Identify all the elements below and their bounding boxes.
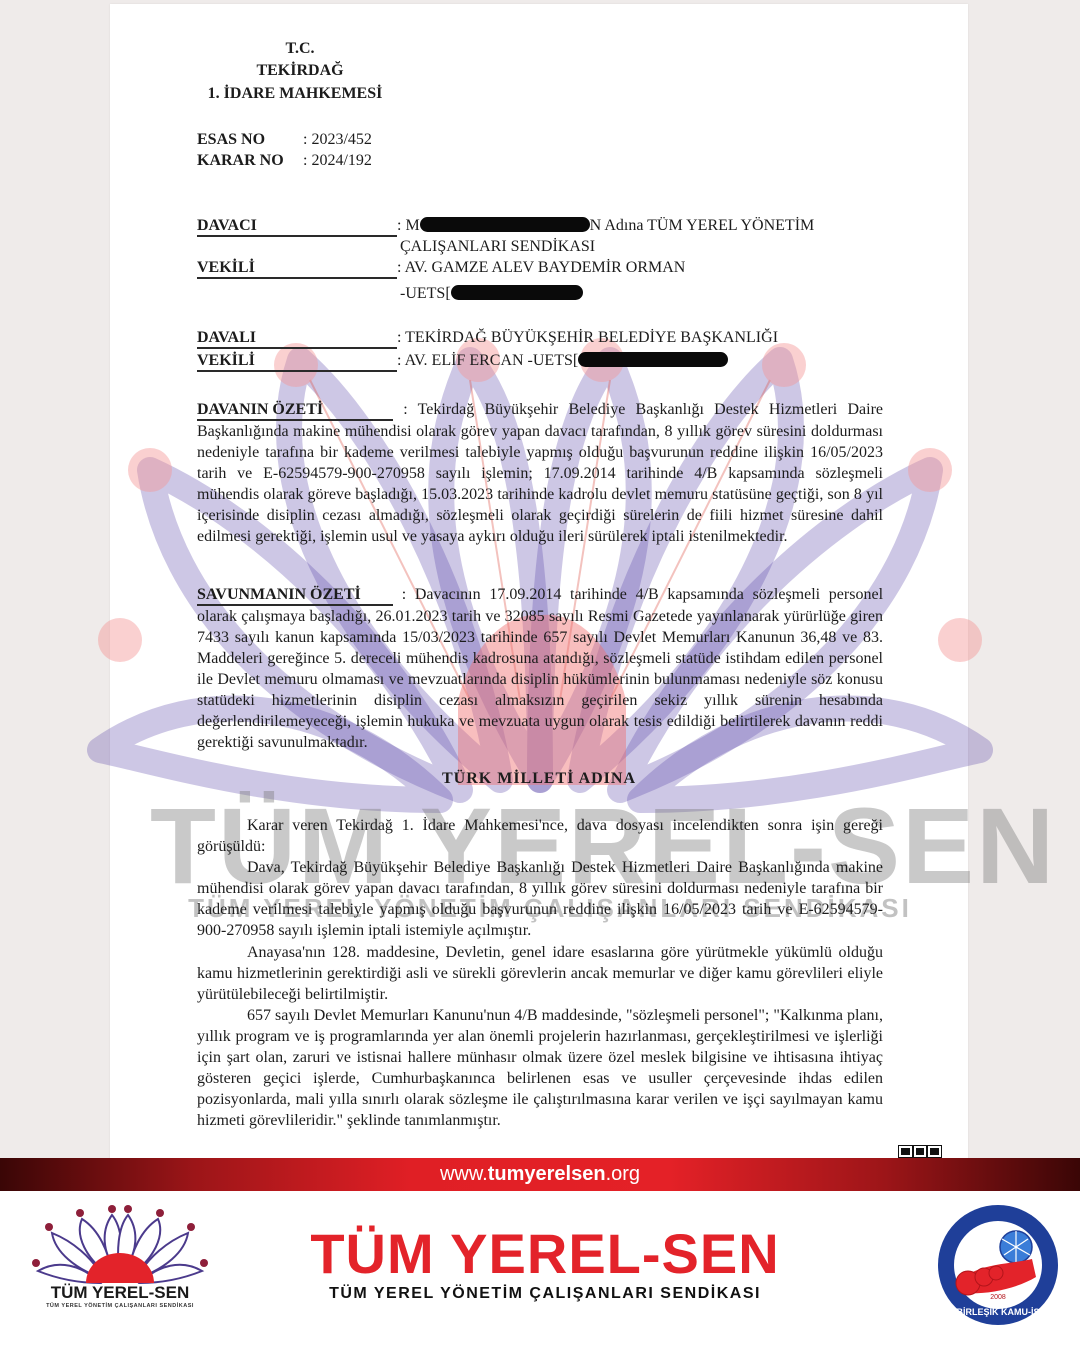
url-domain: tumyerelsen (488, 1163, 606, 1185)
qr-code-icon (899, 1146, 941, 1157)
emblem-name: BİRLEŞİK KAMU-İŞ (957, 1307, 1040, 1317)
website-banner[interactable]: www.tumyerelsen.org (0, 1158, 1080, 1191)
redacted-name (420, 217, 590, 232)
savunmanin-ozeti-text: : Davacının 17.09.2014 tarihinde 4/B kap… (197, 586, 883, 751)
header-city: TEKİRDAĞ (200, 62, 400, 80)
davali-vekili-label: VEKİLİ (197, 352, 397, 372)
davaci-vekili-row: VEKİLİ: AV. GAMZE ALEV BAYDEMİR ORMAN (197, 259, 685, 279)
savunmanin-ozeti-paragraph: SAVUNMANIN ÖZETİ : Davacının 17.09.2014 … (197, 584, 883, 753)
brand-title: TÜM YEREL-SEN (290, 1225, 800, 1283)
esas-no-label: ESAS NO (197, 131, 303, 149)
redacted-uets (451, 285, 583, 300)
header-tc: T.C. (200, 40, 400, 58)
esas-no-value: : 2023/452 (303, 131, 372, 148)
davaci-line2: ÇALIŞANLARI SENDİKASI (400, 238, 595, 256)
section-title: TÜRK MİLLETİ ADINA (110, 770, 968, 788)
emblem-year: 2008 (990, 1294, 1006, 1301)
davali-name: : TEKİRDAĞ BÜYÜKŞEHİR BELEDİYE BAŞKANLIĞ… (397, 329, 778, 346)
website-link[interactable]: www.tumyerelsen.org (0, 1163, 1080, 1186)
footer: TÜM YEREL-SEN TÜM YEREL YÖNETİM ÇALIŞANL… (0, 1191, 1080, 1350)
body-paragraph: 657 sayılı Devlet Memurları Kanunu'nun 4… (197, 1005, 883, 1131)
redacted-uets (578, 352, 728, 367)
davali-vekili-name: : AV. ELİF ERCAN -UETS[ (397, 352, 578, 369)
karar-no-row: KARAR NO: 2024/192 (197, 152, 372, 170)
davanin-ozeti-paragraph: DAVANIN ÖZETİ : Tekirdağ Büyükşehir Bele… (197, 399, 883, 547)
brand-subtitle: TÜM YEREL YÖNETİM ÇALIŞANLARI SENDİKASI (290, 1285, 800, 1303)
brand-block: TÜM YEREL-SEN TÜM YEREL YÖNETİM ÇALIŞANL… (290, 1225, 800, 1303)
tum-yerel-sen-logo: TÜM YEREL-SEN TÜM YEREL YÖNETİM ÇALIŞANL… (30, 1197, 210, 1322)
davaci-vekili-label: VEKİLİ (197, 259, 397, 279)
header-court: 1. İDARE MAHKEMESİ (190, 85, 400, 103)
davali-row: DAVALI: TEKİRDAĞ BÜYÜKŞEHİR BELEDİYE BAŞ… (197, 329, 778, 349)
body-paragraph: Dava, Tekirdağ Büyükşehir Belediye Başka… (197, 857, 883, 941)
savunmanin-ozeti-label: SAVUNMANIN ÖZETİ (197, 586, 393, 606)
scanned-page-background: TÜM YEREL-SEN TÜM YEREL YÖNETİM ÇALIŞANL… (0, 0, 1080, 1158)
davali-label: DAVALI (197, 329, 397, 349)
uets-label: -UETS[ (400, 285, 451, 302)
birlesik-kamu-is-logo: 2008 BİRLEŞİK KAMU-İŞ (936, 1203, 1060, 1327)
left-logo-tagline: TÜM YEREL YÖNETİM ÇALIŞANLARI SENDİKASI (30, 1303, 210, 1309)
davanin-ozeti-text: : Tekirdağ Büyükşehir Belediye Başkanlığ… (197, 401, 883, 545)
davaci-row: DAVACI: MN Adına TÜM YEREL YÖNETİM (197, 217, 814, 237)
davaci-prefix: : M (397, 217, 420, 234)
davali-vekili-row: VEKİLİ: AV. ELİF ERCAN -UETS[ (197, 352, 728, 372)
body-paragraph: Anayasa'nın 128. maddesine, Devletin, ge… (197, 942, 883, 1005)
confederation-emblem-icon: 2008 BİRLEŞİK KAMU-İŞ (936, 1203, 1060, 1327)
url-suffix: .org (606, 1163, 640, 1185)
flower-logo-icon (30, 1197, 210, 1287)
url-prefix: www. (440, 1163, 488, 1185)
davaci-vekili-uets: -UETS[ (400, 285, 583, 303)
left-logo-name: TÜM YEREL-SEN (30, 1283, 210, 1303)
karar-no-label: KARAR NO (197, 152, 303, 170)
body-paragraph: Karar veren Tekirdağ 1. İdare Mahkemesi'… (197, 815, 883, 857)
karar-no-value: : 2024/192 (303, 152, 372, 169)
davaci-label: DAVACI (197, 217, 397, 237)
davanin-ozeti-label: DAVANIN ÖZETİ (197, 401, 393, 421)
esas-no-row: ESAS NO: 2023/452 (197, 131, 372, 149)
davaci-suffix: N Adına TÜM YEREL YÖNETİM (590, 217, 815, 234)
davaci-vekili-name: : AV. GAMZE ALEV BAYDEMİR ORMAN (397, 259, 685, 276)
